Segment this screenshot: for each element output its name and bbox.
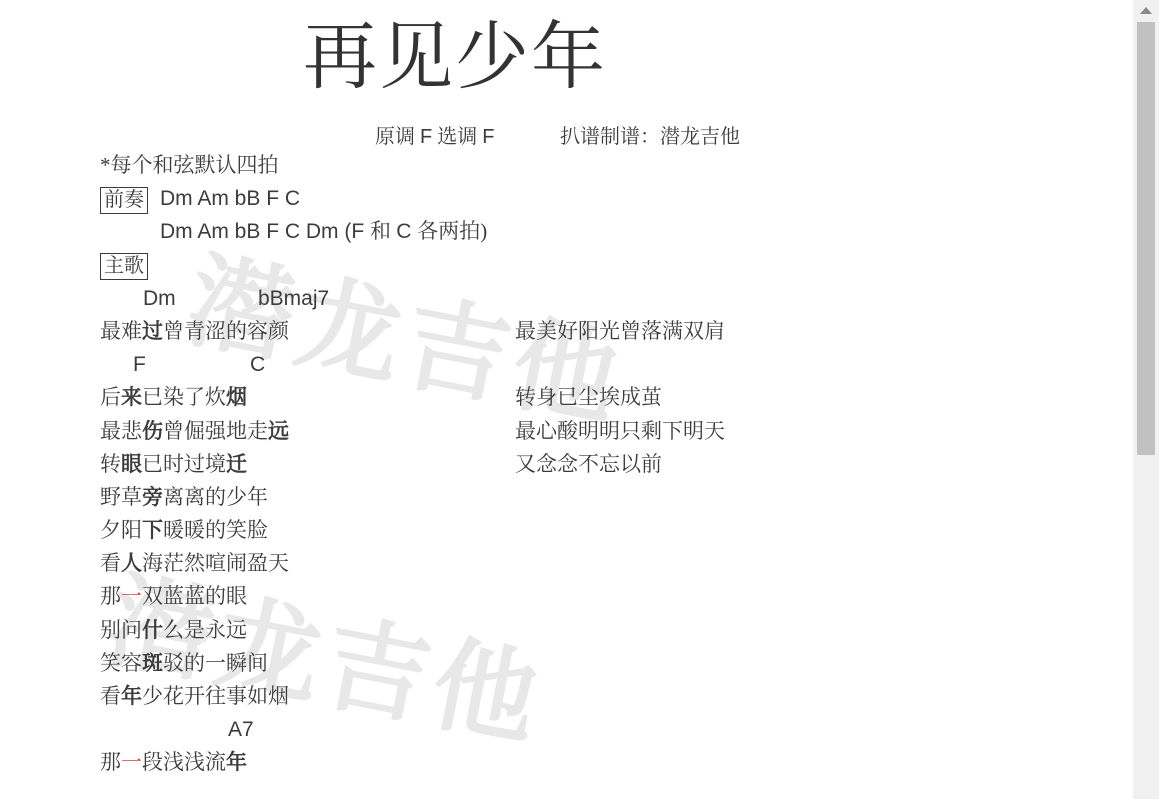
beat-note-text: *每个和弦默认四拍	[100, 153, 279, 177]
key-info: 原调 F 选调 F	[375, 120, 494, 149]
section-label: 前奏	[100, 187, 148, 214]
chord-label: A7	[228, 713, 254, 746]
lyric-highlight: 一	[121, 584, 142, 608]
text-segment: 暖暖的笑脸	[163, 518, 268, 542]
text-segment: 斑	[142, 651, 163, 675]
lyric-left-column: 笑容斑驳的一瞬间	[100, 651, 268, 675]
lyric-line: 最难过曾青涩的容颜最美好阳光曾落满双肩	[100, 315, 1130, 348]
text-segment: 驳的一瞬间	[163, 651, 268, 675]
transcriber-credit: 扒谱制谱：潜龙吉他	[560, 120, 740, 149]
chord-line: DmbBmaj7	[100, 282, 1130, 315]
lyric-right-column: 最美好阳光曾落满双肩	[515, 315, 725, 348]
lyric-left-column: 那一双蓝蓝的眼	[100, 584, 247, 608]
text-segment: 野草	[100, 485, 142, 509]
chord-label: F	[133, 348, 146, 381]
lyric-left-column: 别问什么是永远	[100, 618, 247, 642]
text-segment: 过	[142, 319, 163, 343]
text-segment: 双蓝蓝的眼	[142, 584, 247, 608]
chord-progression: Dm Am bB F C Dm (F 和 C 各两拍)	[160, 215, 487, 248]
lyric-line: 别问什么是永远	[100, 614, 1130, 647]
text-segment: 少花开往事如烟	[142, 684, 289, 708]
text-segment: 年	[121, 684, 142, 708]
lyric-line: 那一双蓝蓝的眼	[100, 580, 1130, 613]
beat-note: *每个和弦默认四拍	[100, 149, 1130, 182]
text-segment: 曾倔强地走	[163, 419, 268, 443]
text-segment: 来	[121, 385, 142, 409]
lyric-line: 夕阳下暖暖的笑脸	[100, 514, 1130, 547]
text-segment: 已时过境	[142, 452, 226, 476]
section-line: 前奏Dm Am bB F C	[100, 182, 1130, 215]
text-segment: 夕阳	[100, 518, 142, 542]
text-segment: 海茫然喧闹盈天	[142, 551, 289, 575]
scrollbar[interactable]	[1133, 0, 1159, 799]
text-segment: 各两拍)	[417, 219, 487, 243]
lyric-line: 转眼已时过境迁又念念不忘以前	[100, 448, 1130, 481]
text-segment: Dm Am bB F C Dm (F	[160, 220, 370, 243]
lyric-right-column: 又念念不忘以前	[515, 448, 662, 481]
text-segment: F	[420, 126, 432, 148]
text-segment: 别问	[100, 618, 142, 642]
lyric-left-column: 野草旁离离的少年	[100, 485, 268, 509]
chord-line: FC	[100, 348, 1130, 381]
text-segment: 最悲	[100, 419, 142, 443]
text-segment: 原调	[375, 126, 420, 148]
text-segment: 什	[142, 618, 163, 642]
lyric-left-column: 后来已染了炊烟	[100, 385, 247, 409]
lyric-line: 最悲伤曾倔强地走远最心酸明明只剩下明天	[100, 415, 1130, 448]
text-segment: 旁	[142, 485, 163, 509]
text-segment: 后	[100, 385, 121, 409]
text-segment: 远	[268, 419, 289, 443]
text-segment: 那	[100, 584, 121, 608]
text-segment: 那	[100, 750, 121, 774]
text-segment: 曾青涩的容颜	[163, 319, 289, 343]
lyric-highlight: 一	[121, 750, 142, 774]
text-segment: 看	[100, 684, 121, 708]
chord-sheet: *每个和弦默认四拍前奏Dm Am bB F CDm Am bB F C Dm (…	[100, 149, 1130, 780]
text-segment: 笑容	[100, 651, 142, 675]
text-segment: 眼	[121, 452, 142, 476]
text-segment: C	[396, 220, 417, 243]
lyric-left-column: 看人海茫然喧闹盈天	[100, 551, 289, 575]
lyric-left-column: 最悲伤曾倔强地走远	[100, 419, 289, 443]
lyric-right-column: 最心酸明明只剩下明天	[515, 415, 725, 448]
lyric-left-column: 转眼已时过境迁	[100, 452, 247, 476]
text-segment: 最难	[100, 319, 142, 343]
chord-label: Dm	[143, 282, 176, 315]
lyric-left-column: 最难过曾青涩的容颜	[100, 319, 289, 343]
lyric-line: 看人海茫然喧闹盈天	[100, 547, 1130, 580]
up-arrow-icon	[1140, 7, 1152, 14]
text-segment: 选调	[432, 126, 482, 148]
text-segment: 已染了炊	[142, 385, 226, 409]
text-segment: 年	[226, 750, 247, 774]
song-title: 再见少年	[303, 18, 607, 99]
chord-label: bBmaj7	[258, 282, 329, 315]
lyric-line: 看年少花开往事如烟	[100, 680, 1130, 713]
text-segment: 烟	[226, 385, 247, 409]
lyric-line: 后来已染了炊烟转身已尘埃成茧	[100, 381, 1130, 414]
lyric-line: 野草旁离离的少年	[100, 481, 1130, 514]
text-segment: 转	[100, 452, 121, 476]
chord-label: Dm Am bB F C	[160, 182, 300, 215]
lyric-line: 那一段浅浅流年	[100, 746, 1130, 779]
text-segment: 看	[100, 551, 121, 575]
scrollbar-thumb[interactable]	[1137, 22, 1155, 455]
text-segment: 人	[121, 551, 142, 575]
lyric-line: 笑容斑驳的一瞬间	[100, 647, 1130, 680]
chord-label: C	[250, 348, 265, 381]
text-segment: 段浅浅流	[142, 750, 226, 774]
scroll-up-button[interactable]	[1133, 0, 1159, 20]
text-segment: 离离的少年	[163, 485, 268, 509]
lyric-left-column: 夕阳下暖暖的笑脸	[100, 518, 268, 542]
text-segment: F	[482, 126, 494, 148]
text-segment: 么是永远	[163, 618, 247, 642]
text-segment: 下	[142, 518, 163, 542]
lyric-right-column: 转身已尘埃成茧	[515, 381, 662, 414]
section-label: 主歌	[100, 253, 148, 280]
section-line: 主歌	[100, 249, 1130, 282]
text-segment: 迁	[226, 452, 247, 476]
chord-line: Dm Am bB F C Dm (F 和 C 各两拍)	[100, 215, 1130, 248]
text-segment: 和	[370, 219, 396, 243]
text-segment: 伤	[142, 419, 163, 443]
lyric-left-column: 看年少花开往事如烟	[100, 684, 289, 708]
chord-line: A7	[100, 713, 1130, 746]
lyric-left-column: 那一段浅浅流年	[100, 750, 247, 774]
